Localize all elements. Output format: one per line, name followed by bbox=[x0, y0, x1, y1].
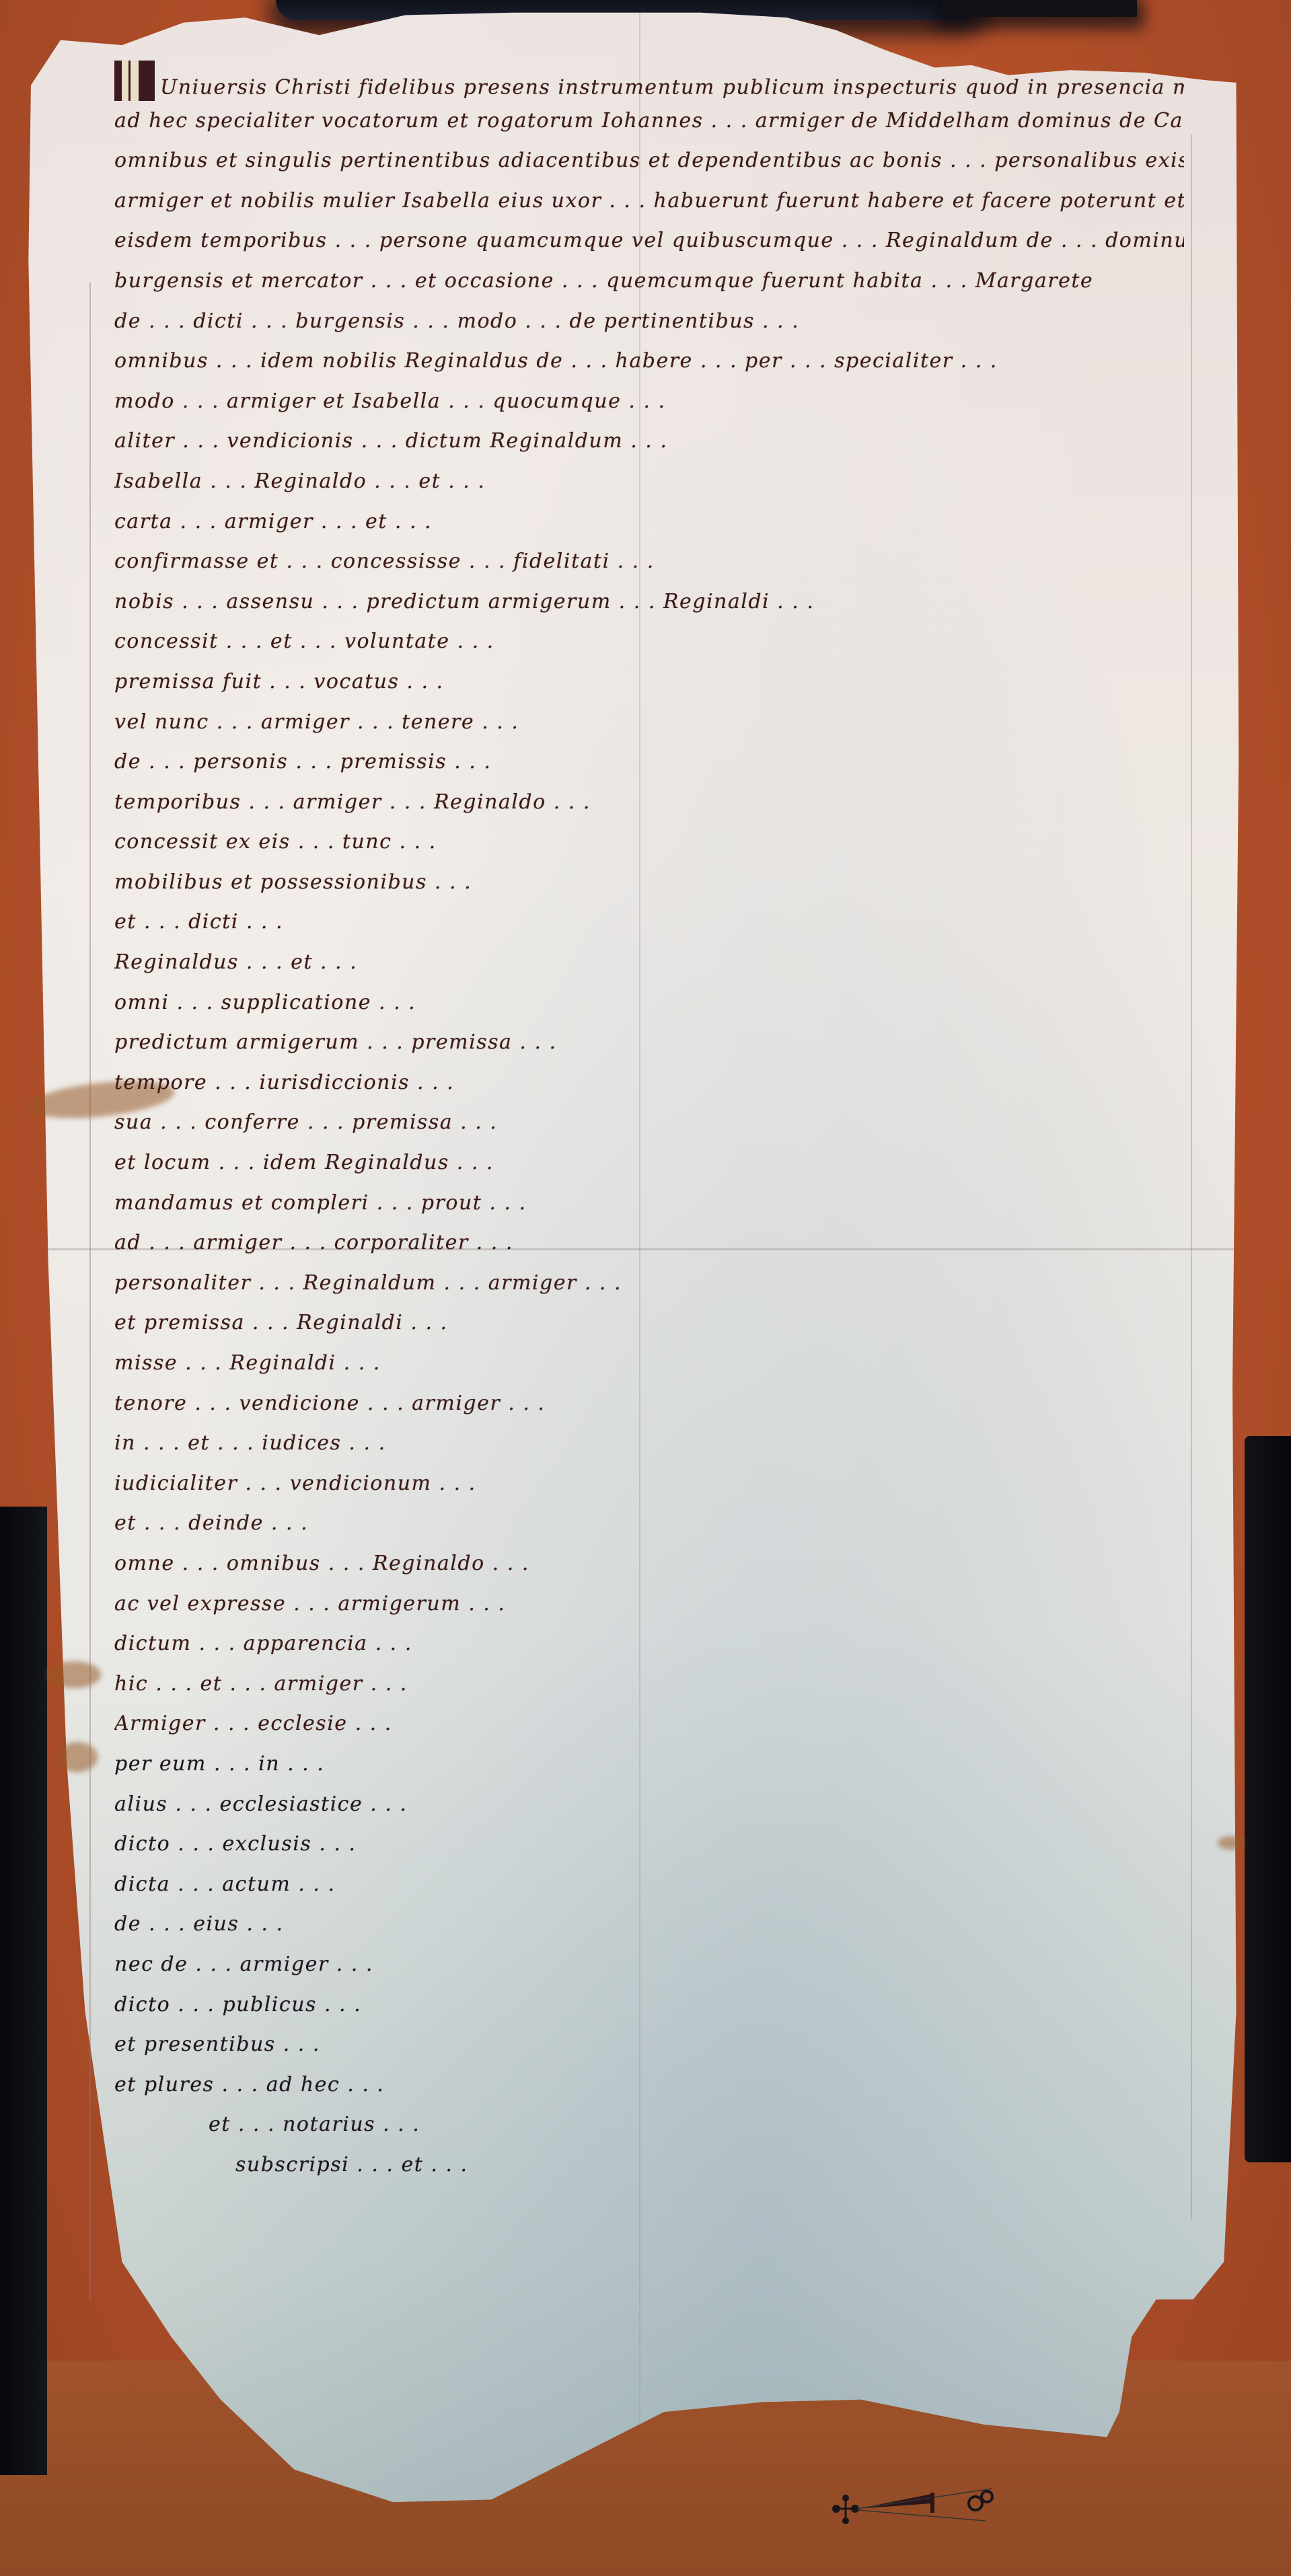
text-line: omnibus et singulis pertinentibus adiace… bbox=[114, 141, 1184, 181]
text-line: •omnibus . . . idem nobilis Reginaldus d… bbox=[114, 341, 1184, 381]
text-line: •et plures . . . ad hec . . . bbox=[114, 2065, 1184, 2105]
text-line: •misse . . . Reginaldi . . . bbox=[114, 1343, 1184, 1384]
text-line: •Reginaldus . . . et . . . bbox=[114, 942, 1184, 983]
text-line: •predictum armigerum . . . premissa . . … bbox=[114, 1022, 1184, 1063]
text-line: •premissa fuit . . . vocatus . . . bbox=[114, 662, 1184, 702]
stain-right bbox=[1218, 1836, 1245, 1850]
stain-left-lowest bbox=[57, 1742, 98, 1772]
text-line: •confirmasse et . . . concessisse . . . … bbox=[114, 541, 1184, 582]
text-line: •omni . . . supplicatione . . . bbox=[114, 983, 1184, 1023]
notary-signum-icon bbox=[831, 2482, 1006, 2529]
text-line: •ac vel expresse . . . armigerum . . . bbox=[114, 1584, 1184, 1624]
text-line: •et locum . . . idem Reginaldus . . . bbox=[114, 1143, 1184, 1183]
text-line: •modo . . . armiger et Isabella . . . qu… bbox=[114, 381, 1184, 422]
text-line: •omne . . . omnibus . . . Reginaldo . . … bbox=[114, 1544, 1184, 1584]
text-line: ad hec specialiter vocatorum et rogatoru… bbox=[114, 101, 1184, 141]
text-line: •in . . . et . . . iudices . . . bbox=[114, 1423, 1184, 1464]
text-line: •et premissa . . . Reginaldi . . . bbox=[114, 1303, 1184, 1343]
stain-left-lower bbox=[47, 1661, 101, 1688]
charter-text: UUniuersis Christi fidelibus presens ins… bbox=[114, 61, 1184, 2185]
decorated-initial-letter: U bbox=[114, 61, 155, 101]
text-line: •temporibus . . . armiger . . . Reginald… bbox=[114, 782, 1184, 823]
text-line: •per eum . . . in . . . bbox=[114, 1744, 1184, 1784]
text-line: •concessit . . . et . . . voluntate . . … bbox=[114, 621, 1184, 662]
text-line: •alius . . . ecclesiastice . . . bbox=[114, 1784, 1184, 1825]
right-margin-ruling bbox=[1191, 135, 1192, 2220]
text-line: •dictum . . . apparencia . . . bbox=[114, 1624, 1184, 1664]
text-line: •dicto . . . exclusis . . . bbox=[114, 1824, 1184, 1864]
top-clamp-right bbox=[942, 0, 1137, 17]
text-line: •tempore . . . iurisdiccionis . . . bbox=[114, 1063, 1184, 1103]
text-line: •et . . . deinde . . . bbox=[114, 1503, 1184, 1544]
text-line: •Armiger . . . ecclesie . . . bbox=[114, 1704, 1184, 1744]
text-line: •dicto . . . publicus . . . bbox=[114, 1985, 1184, 2025]
text-line: armiger et nobilis mulier Isabella eius … bbox=[114, 181, 1184, 221]
text-line: •ad . . . armiger . . . corporaliter . .… bbox=[114, 1223, 1184, 1263]
text-line: •de . . . personis . . . premissis . . . bbox=[114, 742, 1184, 782]
text-line: •vel nunc . . . armiger . . . tenere . .… bbox=[114, 702, 1184, 743]
text-line: •iudicialiter . . . vendicionum . . . bbox=[114, 1464, 1184, 1504]
left-margin-ruling bbox=[89, 282, 91, 2300]
text-line: •mobilibus et possessionibus . . . bbox=[114, 862, 1184, 903]
text-line: •tenore . . . vendicione . . . armiger .… bbox=[114, 1384, 1184, 1424]
text-line: subscripsi . . . et . . . bbox=[114, 2145, 1184, 2185]
right-clamp bbox=[1245, 1436, 1291, 2162]
text-line: •aliter . . . vendicionis . . . dictum R… bbox=[114, 421, 1184, 461]
text-line: eisdem temporibus . . . persone quamcumq… bbox=[114, 221, 1184, 261]
text-line: •et . . . dicti . . . bbox=[114, 902, 1184, 942]
text-line: •mandamus et compleri . . . prout . . . bbox=[114, 1183, 1184, 1223]
text-line: •carta . . . armiger . . . et . . . bbox=[114, 502, 1184, 542]
text-line: •de . . . dicti . . . burgensis . . . mo… bbox=[114, 301, 1184, 342]
text-line: •dicta . . . actum . . . bbox=[114, 1864, 1184, 1905]
text-line: •sua . . . conferre . . . premissa . . . bbox=[114, 1102, 1184, 1143]
text-line: •nec de . . . armiger . . . bbox=[114, 1944, 1184, 1985]
text-line: et . . . notarius . . . bbox=[114, 2105, 1184, 2145]
text-line: burgensis et mercator . . . et occasione… bbox=[114, 261, 1184, 301]
text-line: •hic . . . et . . . armiger . . . bbox=[114, 1664, 1184, 1704]
left-shadow-clamp bbox=[0, 1507, 47, 2475]
text-line: •et presentibus . . . bbox=[114, 2024, 1184, 2065]
text-line: •de . . . eius . . . bbox=[114, 1904, 1184, 1944]
text-line: •concessit ex eis . . . tunc . . . bbox=[114, 822, 1184, 862]
text-line: •nobis . . . assensu . . . predictum arm… bbox=[114, 582, 1184, 622]
text-line: •Isabella . . . Reginaldo . . . et . . . bbox=[114, 461, 1184, 502]
text-line: UUniuersis Christi fidelibus presens ins… bbox=[114, 61, 1184, 101]
text-line: •personaliter . . . Reginaldum . . . arm… bbox=[114, 1263, 1184, 1303]
